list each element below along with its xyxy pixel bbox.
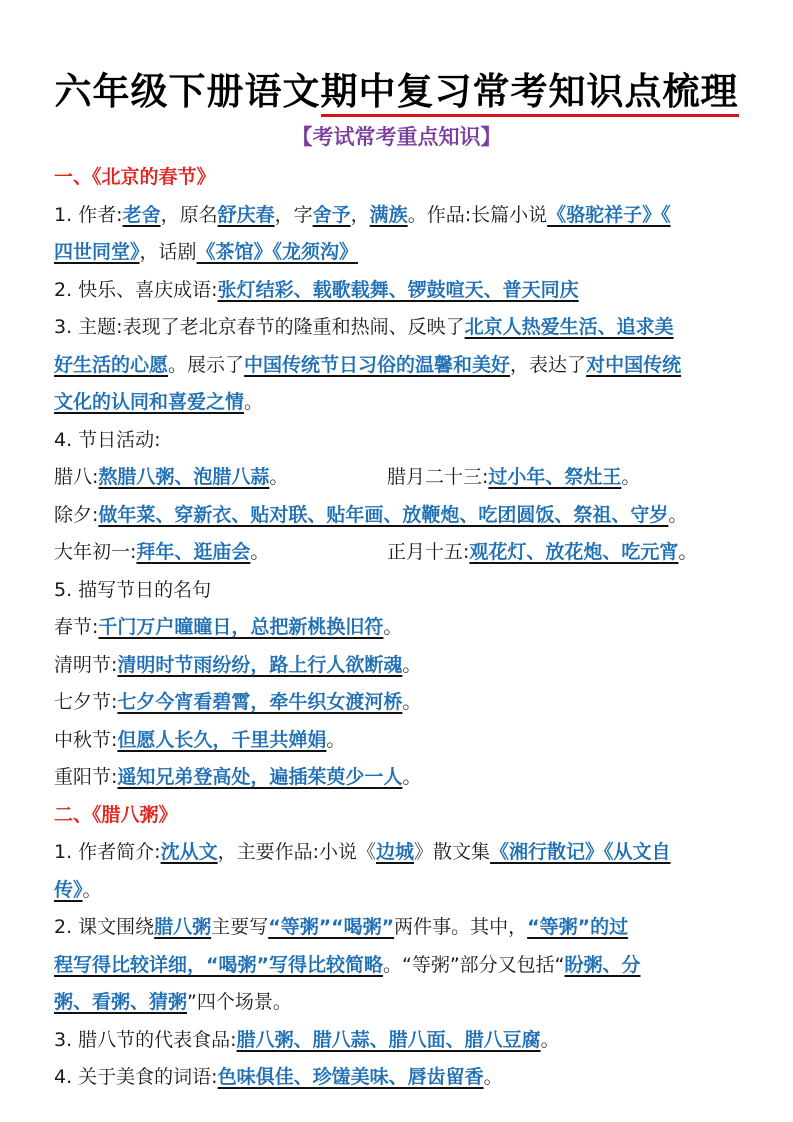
text: 。 — [541, 1029, 560, 1051]
answer: 张灯结彩、载歌载舞、锣鼓喧天、普天同庆 — [218, 279, 579, 301]
answer: 腊八粥 — [154, 916, 211, 938]
answer: 熬腊八粥、泡腊八蒜 — [98, 466, 269, 488]
label: 1. 作者: — [54, 204, 123, 226]
answer: 七夕今宵看碧霄，牵牛织女渡河桥 — [117, 691, 402, 713]
text-line: 4. 节日活动: — [54, 422, 744, 460]
answer: 边城 — [376, 841, 414, 863]
text-line: 2. 快乐、喜庆成语:张灯结彩、载歌载舞、锣鼓喧天、普天同庆 — [54, 272, 744, 310]
label: 腊八: — [54, 466, 98, 488]
text: ，原名 — [161, 204, 218, 226]
text: 。 — [668, 504, 687, 526]
label: 2. 课文围绕 — [54, 916, 154, 938]
text-line: 2. 课文围绕腊八粥主要写“等粥”“喝粥”两件事。其中，“等粥”的过 — [54, 909, 744, 947]
answer: 《湘行散记》《从文自 — [490, 841, 671, 863]
text: 。 — [402, 691, 421, 713]
label: 2. 快乐、喜庆成语: — [54, 279, 218, 301]
answer: 色味俱佳、珍馐美味、唇齿留香 — [218, 1066, 484, 1088]
text: 。 — [678, 541, 697, 563]
section-heading: 一、《北京的春节》 — [54, 159, 744, 197]
text-line: 好生活的心愿。展示了中国传统节日习俗的温馨和美好，表达了对中国传统 — [54, 347, 744, 385]
text: 。展示了 — [168, 354, 244, 376]
text: 》散文集 — [414, 841, 490, 863]
answer: “等粥”的过 — [527, 916, 628, 938]
answer: 四世同堂》 — [54, 241, 140, 263]
answer: 但愿人长久，千里共婵娟 — [117, 729, 326, 751]
label: 3. 主题:表现了老北京春节的隆重和热闹、反映了 — [54, 316, 465, 338]
text: 。 — [244, 391, 263, 413]
text: ，字 — [275, 204, 313, 226]
label: 大年初一: — [54, 541, 136, 563]
text-line: 文化的认同和喜爱之情。 — [54, 384, 744, 422]
answer: 做年菜、穿新衣、贴对联、贴年画、放鞭炮、吃团圆饭、祭祖、守岁 — [98, 504, 668, 526]
text: 。 — [250, 541, 269, 563]
text-line: 3. 主题:表现了老北京春节的隆重和热闹、反映了北京人热爱生活、追求美 — [54, 309, 744, 347]
text-line: 粥、看粥、猜粥”四个场景。 — [54, 984, 744, 1022]
text-line: 传》。 — [54, 872, 744, 910]
text-line: 大年初一:拜年、逛庙会。正月十五:观花灯、放花炮、吃元宵。 — [54, 534, 744, 572]
answer: 老舍 — [123, 204, 161, 226]
text: 。作品:长篇小说 — [408, 204, 547, 226]
label: 春节: — [54, 616, 98, 638]
answer: 腊八粥、腊八蒜、腊八面、腊八豆腐 — [237, 1029, 541, 1051]
text-line: 中秋节:但愿人长久，千里共婵娟。 — [54, 722, 744, 760]
title-underlined: 期中复习常考知识点梳理 — [321, 70, 739, 117]
text-line: 4. 关于美食的词语:色味俱佳、珍馐美味、唇齿留香。 — [54, 1059, 744, 1097]
label: 除夕: — [54, 504, 98, 526]
text-line: 清明节:清明时节雨纷纷，路上行人欲断魂。 — [54, 647, 744, 685]
text: 。 — [326, 729, 345, 751]
answer: 舍予 — [313, 204, 351, 226]
title-plain: 六年级下册语文 — [55, 70, 321, 113]
label: 4. 关于美食的词语: — [54, 1066, 218, 1088]
answer: 程写得比较详细，“喝粥”写得比较简略 — [54, 954, 383, 976]
text: ，主要作品:小说《 — [218, 841, 376, 863]
answer: 千门万户曈曈日，总把新桃换旧符 — [98, 616, 383, 638]
subtitle: 【考试常考重点知识】 — [0, 122, 793, 152]
text: 主要写 — [211, 916, 268, 938]
answer: 北京人热爱生活、追求美 — [465, 316, 674, 338]
text: 。“等粥”部分又包括“ — [383, 954, 565, 976]
answer: 过小年、祭灶王 — [488, 466, 621, 488]
text: ”四个场景。 — [187, 991, 292, 1013]
answer: 好生活的心愿 — [54, 354, 168, 376]
text: ， — [351, 204, 370, 226]
text-line: 3. 腊八节的代表食品:腊八粥、腊八蒜、腊八面、腊八豆腐。 — [54, 1022, 744, 1060]
text: 两件事。其中， — [394, 916, 527, 938]
label: 七夕节: — [54, 691, 117, 713]
text: ，表达了 — [510, 354, 586, 376]
answer: 《骆驼祥子》《 — [547, 204, 671, 226]
text: 。 — [621, 466, 640, 488]
text: 。 — [383, 616, 402, 638]
label: 正月十五: — [387, 541, 469, 563]
label: 1. 作者简介: — [54, 841, 161, 863]
text-line: 春节:千门万户曈曈日，总把新桃换旧符。 — [54, 609, 744, 647]
answer: 《茶馆》《龙须沟》 — [197, 241, 359, 263]
document-body: 一、《北京的春节》 1. 作者:老舍，原名舒庆春，字舍予，满族。作品:长篇小说《… — [54, 159, 744, 1097]
page-title: 六年级下册语文期中复习常考知识点梳理 — [0, 68, 793, 116]
answer: “等粥”“喝粥” — [268, 916, 394, 938]
answer: 传》 — [54, 879, 83, 901]
label: 重阳节: — [54, 766, 117, 788]
label: 中秋节: — [54, 729, 117, 751]
text-line: 七夕节:七夕今宵看碧霄，牵牛织女渡河桥。 — [54, 684, 744, 722]
text: 。 — [402, 654, 421, 676]
answer: 观花灯、放花炮、吃元宵 — [469, 541, 678, 563]
label: 腊月二十三: — [387, 466, 488, 488]
answer: 清明时节雨纷纷，路上行人欲断魂 — [117, 654, 402, 676]
text-line: 1. 作者简介:沈从文，主要作品:小说《边城》散文集《湘行散记》《从文自 — [54, 834, 744, 872]
section-heading: 二、《腊八粥》 — [54, 797, 744, 835]
answer: 粥、看粥、猜粥 — [54, 991, 187, 1013]
text: 。 — [269, 466, 288, 488]
text: 。 — [402, 766, 421, 788]
text-line: 程写得比较详细，“喝粥”写得比较简略。“等粥”部分又包括“盼粥、分 — [54, 947, 744, 985]
answer: 遥知兄弟登高处，遍插茱萸少一人 — [117, 766, 402, 788]
answer: 沈从文 — [161, 841, 218, 863]
label: 5. 描写节日的名句 — [54, 579, 211, 601]
text-line: 四世同堂》，话剧《茶馆》《龙须沟》 — [54, 234, 744, 272]
text-line: 重阳节:遥知兄弟登高处，遍插茱萸少一人。 — [54, 759, 744, 797]
text-line: 5. 描写节日的名句 — [54, 572, 744, 610]
label: 3. 腊八节的代表食品: — [54, 1029, 237, 1051]
text: ，话剧 — [140, 241, 197, 263]
text-line: 1. 作者:老舍，原名舒庆春，字舍予，满族。作品:长篇小说《骆驼祥子》《 — [54, 197, 744, 235]
answer: 拜年、逛庙会 — [136, 541, 250, 563]
answer: 满族 — [370, 204, 408, 226]
answer: 对中国传统 — [586, 354, 681, 376]
answer: 中国传统节日习俗的温馨和美好 — [244, 354, 510, 376]
text-line: 腊八:熬腊八粥、泡腊八蒜。腊月二十三:过小年、祭灶王。 — [54, 459, 744, 497]
text: 。 — [484, 1066, 503, 1088]
text-line: 除夕:做年菜、穿新衣、贴对联、贴年画、放鞭炮、吃团圆饭、祭祖、守岁。 — [54, 497, 744, 535]
answer: 文化的认同和喜爱之情 — [54, 391, 244, 413]
label: 4. 节日活动: — [54, 429, 161, 451]
label: 清明节: — [54, 654, 117, 676]
answer: 盼粥、分 — [565, 954, 641, 976]
answer: 舒庆春 — [218, 204, 275, 226]
text: 。 — [83, 879, 102, 901]
